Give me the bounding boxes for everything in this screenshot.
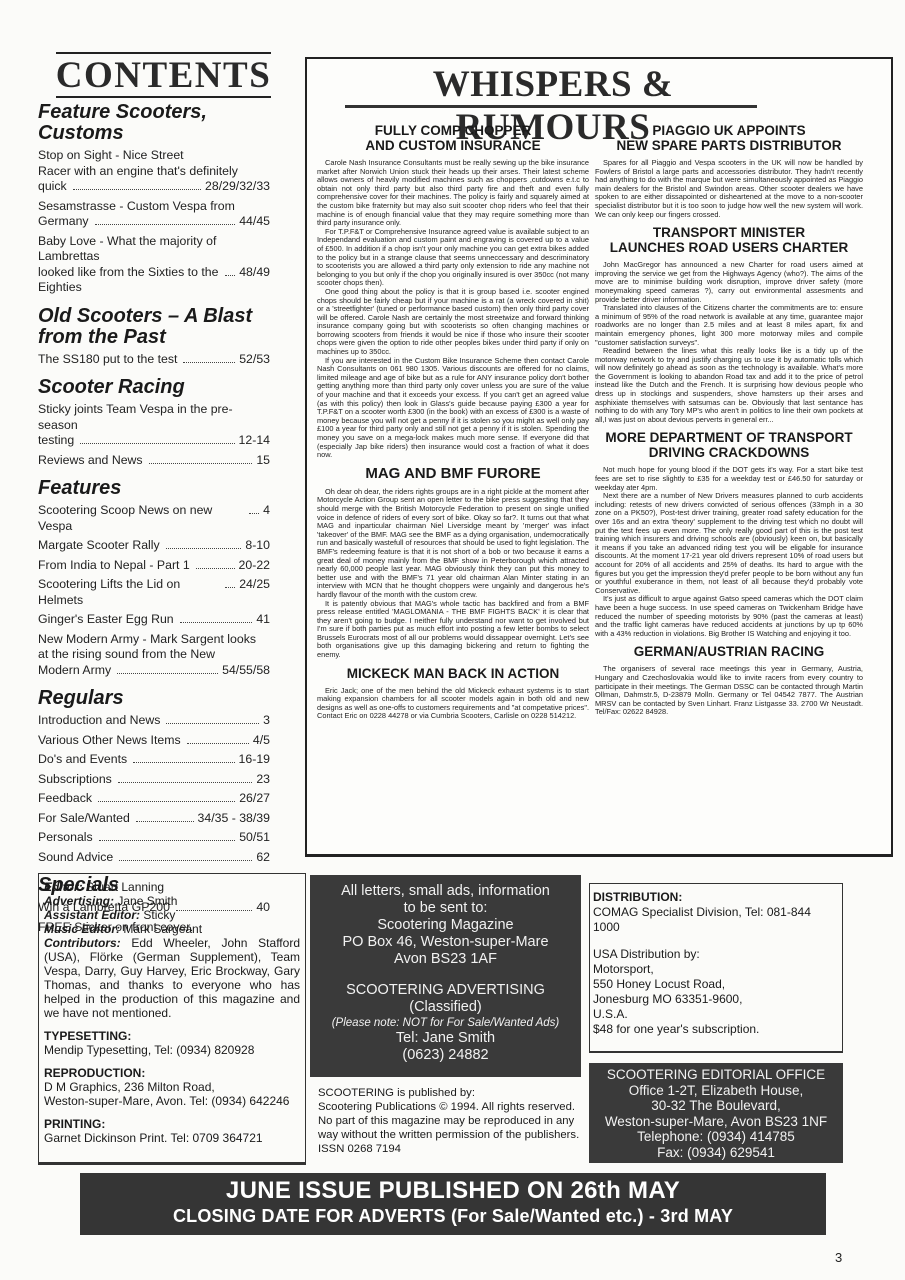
credit-name: Stuart Lanning <box>86 880 164 894</box>
publisher-notice: SCOOTERING is published by: Scootering P… <box>318 1086 584 1156</box>
article-headline: PIAGGIO UK APPOINTS NEW SPARE PARTS DIST… <box>595 123 863 153</box>
article-paragraph: Oh dear oh dear, the riders rights group… <box>317 488 589 600</box>
page-number: 3 <box>835 1250 842 1265</box>
toc-entry-title: The SS180 put to the test <box>38 352 177 368</box>
toc-entry-line: New Modern Army - Mark Sargent looks <box>38 632 270 648</box>
contents-column: CONTENTS Feature Scooters, CustomsStop o… <box>38 44 270 939</box>
toc-page-ref: 16-19 <box>239 752 270 768</box>
section-heading: Regulars <box>38 688 270 709</box>
dot-leader <box>149 463 253 464</box>
toc-entry[interactable]: Scootering Lifts the Lid on Helmets24/25 <box>38 577 270 608</box>
credit-role: Contributors: <box>44 936 121 950</box>
toc-entry-title: Reviews and News <box>38 453 143 469</box>
news-article: PIAGGIO UK APPOINTS NEW SPARE PARTS DIST… <box>595 123 863 219</box>
toc-entry[interactable]: Reviews and News15 <box>38 453 270 469</box>
dot-leader <box>133 762 234 763</box>
contents-title: CONTENTS <box>56 54 272 97</box>
mail-line: Scootering Magazine <box>310 917 581 934</box>
copyright-line: Scootering Publications © 1994. All righ… <box>318 1100 584 1114</box>
toc-entry-title: Ginger's Easter Egg Run <box>38 612 174 628</box>
advertising-note: (Please note: NOT for For Sale/Wanted Ad… <box>310 1016 581 1030</box>
toc-entry-title: From India to Nepal - Part 1 <box>38 558 190 574</box>
section-heading: Old Scooters – A Blast from the Past <box>38 306 270 348</box>
credit-name: Sticky <box>143 908 175 922</box>
toc-entry[interactable]: Personals50/51 <box>38 830 270 846</box>
dot-leader <box>187 743 249 744</box>
toc-page-ref: 8-10 <box>245 538 270 554</box>
advertising-contact: Tel: Jane Smith <box>310 1030 581 1047</box>
toc-entry-title: Scootering Scoop News on new Vespa <box>38 503 243 534</box>
news-article: TRANSPORT MINISTER LAUNCHES ROAD USERS C… <box>595 225 863 424</box>
article-paragraph: Spares for all Piaggio and Vespa scooter… <box>595 159 863 219</box>
office-line: Office 1-2T, Elizabeth House, <box>589 1083 843 1099</box>
toc-entry-line: Sesamstrasse - Custom Vespa from <box>38 199 270 215</box>
toc-entry-title: Germany <box>38 214 89 230</box>
usa-line: U.S.A. <box>593 1007 839 1022</box>
article-paragraph: Carole Nash Insurance Consultants must b… <box>317 159 589 228</box>
toc-entry-title: looked like from the Sixties to the Eigh… <box>38 265 219 296</box>
article-headline: GERMAN/AUSTRIAN RACING <box>595 644 863 659</box>
dot-leader <box>98 801 235 802</box>
office-line: Weston-super-Mare, Avon BS23 1NF <box>589 1114 843 1130</box>
reproduction-line: Weston-super-Mare, Avon. Tel: (0934) 642… <box>44 1094 300 1108</box>
credits-box: Editor: Stuart LanningAdvertising: Jane … <box>38 873 306 1165</box>
toc-entry-title: quick <box>38 179 67 195</box>
toc-page-ref: 3 <box>263 713 270 729</box>
toc-page-ref: 52/53 <box>239 352 270 368</box>
article-headline: MICKECK MAN BACK IN ACTION <box>317 666 589 681</box>
printing-line: Garnet Dickinson Print. Tel: 0709 364721 <box>44 1131 300 1145</box>
toc-entry[interactable]: Introduction and News3 <box>38 713 270 729</box>
toc-page-ref: 48/49 <box>239 265 270 281</box>
toc-entry[interactable]: Various Other News Items4/5 <box>38 733 270 749</box>
toc-entry-line: at the rising sound from the New <box>38 647 270 663</box>
typesetting-block: TYPESETTING: Mendip Typesetting, Tel: (0… <box>44 1029 300 1057</box>
dot-leader <box>166 723 259 724</box>
title-rule <box>345 105 757 108</box>
advertising-subtitle: (Classified) <box>310 999 581 1016</box>
article-headline: MAG AND BMF FURORE <box>317 466 589 482</box>
mail-line: Avon BS23 1AF <box>310 951 581 968</box>
toc-entry[interactable]: For Sale/Wanted34/35 - 38/39 <box>38 811 270 827</box>
issn-line: ISSN 0268 7194 <box>318 1142 584 1156</box>
contents-title-frame: CONTENTS <box>56 52 271 98</box>
dot-leader <box>118 782 252 783</box>
article-paragraph: John MacGregor has announced a new Chart… <box>595 261 863 304</box>
toc-entry-title: Feedback <box>38 791 92 807</box>
printing-block: PRINTING: Garnet Dickinson Print. Tel: 0… <box>44 1117 300 1145</box>
section-heading: Features <box>38 478 270 499</box>
toc-entry-title: Scootering Lifts the Lid on Helmets <box>38 577 219 608</box>
toc-entry-title: Modern Army <box>38 663 111 679</box>
distribution-heading: DISTRIBUTION: <box>593 890 839 905</box>
toc-entry-title: testing <box>38 433 74 449</box>
toc-page-ref: 26/27 <box>239 791 270 807</box>
article-paragraph: It is patently obvious that MAG's whole … <box>317 600 589 660</box>
staff-credits: Editor: Stuart LanningAdvertising: Jane … <box>44 880 300 1020</box>
toc-page-ref: 24/25 <box>239 577 270 593</box>
issue-date-banner: JUNE ISSUE PUBLISHED ON 26th MAY CLOSING… <box>80 1173 826 1235</box>
toc-page-ref: 12-14 <box>239 433 270 449</box>
toc-page-ref: 23 <box>256 772 270 788</box>
toc-entry-title: Subscriptions <box>38 772 112 788</box>
section-heading: Scooter Racing <box>38 377 270 398</box>
article-paragraph: Eric Jack; one of the men behind the old… <box>317 687 589 721</box>
credit-entry: Assistant Editor: Sticky <box>44 908 300 922</box>
toc-entry-title: Margate Scooter Rally <box>38 538 160 554</box>
toc-entry[interactable]: Do's and Events16-19 <box>38 752 270 768</box>
article-paragraph: Not much hope for young blood if the DOT… <box>595 466 863 492</box>
reproduction-heading: REPRODUCTION: <box>44 1066 300 1080</box>
toc-entry[interactable]: Ginger's Easter Egg Run41 <box>38 612 270 628</box>
credit-role: Advertising: <box>44 894 114 908</box>
distribution-uk: COMAG Specialist Division, Tel: 081-844 … <box>593 905 839 935</box>
toc-entry-line: Sticky joints Team Vespa in the pre-seas… <box>38 402 270 433</box>
news-article: MORE DEPARTMENT OF TRANSPORT DRIVING CRA… <box>595 430 863 638</box>
banner-publish-date: JUNE ISSUE PUBLISHED ON 26th MAY <box>80 1173 826 1205</box>
advertising-title: SCOOTERING ADVERTISING <box>310 982 581 999</box>
toc-entry[interactable]: Feedback26/27 <box>38 791 270 807</box>
dot-leader <box>95 224 236 225</box>
article-paragraph: Translated into clauses of the Citizens … <box>595 304 863 347</box>
article-paragraph: For T.P.F&T or Comprehensive Insurance a… <box>317 228 589 288</box>
mail-line: All letters, small ads, information <box>310 883 581 900</box>
dot-leader <box>225 587 235 588</box>
toc-entry[interactable]: Scootering Scoop News on new Vespa4 <box>38 503 270 534</box>
news-article: MAG AND BMF FUROREOh dear oh dear, the r… <box>317 466 589 660</box>
credit-role: Music Editor: <box>44 922 120 936</box>
banner-closing-date: CLOSING DATE FOR ADVERTS (For Sale/Wante… <box>80 1205 826 1227</box>
article-headline: FULLY COMP CHOPPER AND CUSTOM INSURANCE <box>317 123 589 153</box>
usa-line: 550 Honey Locust Road, <box>593 977 839 992</box>
toc-page-ref: 34/35 - 38/39 <box>198 811 270 827</box>
typesetting-line: Mendip Typesetting, Tel: (0934) 820928 <box>44 1043 300 1057</box>
article-paragraph: Next there are a number of New Drivers m… <box>595 492 863 595</box>
office-line: 30-32 The Boulevard, <box>589 1098 843 1114</box>
toc-entry[interactable]: Sticky joints Team Vespa in the pre-seas… <box>38 402 270 449</box>
office-line: SCOOTERING EDITORIAL OFFICE <box>589 1067 843 1083</box>
toc-entry-title: Do's and Events <box>38 752 127 768</box>
dot-leader <box>117 673 218 674</box>
dot-leader <box>166 548 242 549</box>
toc-entry[interactable]: Stop on Sight - Nice StreetRacer with an… <box>38 148 270 195</box>
news-article: FULLY COMP CHOPPER AND CUSTOM INSURANCEC… <box>317 123 589 460</box>
dot-leader <box>196 568 235 569</box>
dot-leader <box>225 275 235 276</box>
office-line: Fax: (0934) 629541 <box>589 1145 843 1161</box>
credit-role: Editor: <box>44 880 83 894</box>
toc-entry-line: Racer with an engine that's definitely <box>38 164 270 180</box>
office-line: Telephone: (0934) 414785 <box>589 1129 843 1145</box>
reproduction-block: REPRODUCTION: D M Graphics, 236 Milton R… <box>44 1066 300 1108</box>
whispers-left-column: FULLY COMP CHOPPER AND CUSTOM INSURANCEC… <box>317 119 589 727</box>
usa-line: USA Distribution by: <box>593 947 839 962</box>
section-heading: Feature Scooters, Customs <box>38 102 270 144</box>
distribution-box: DISTRIBUTION: COMAG Specialist Division,… <box>589 883 843 1053</box>
toc-page-ref: 4 <box>263 503 270 519</box>
credit-role: Assistant Editor: <box>44 908 140 922</box>
toc-page-ref: 4/5 <box>253 733 270 749</box>
credit-entry: Editor: Stuart Lanning <box>44 880 300 894</box>
toc-entry-line: Baby Love - What the majority of Lambret… <box>38 234 270 265</box>
dot-leader <box>249 513 259 514</box>
dot-leader <box>183 362 235 363</box>
dot-leader <box>180 622 253 623</box>
rights-line: No part of this magazine may be reproduc… <box>318 1114 584 1142</box>
mail-line: PO Box 46, Weston-super-Mare <box>310 934 581 951</box>
whispers-right-column: PIAGGIO UK APPOINTS NEW SPARE PARTS DIST… <box>595 119 863 723</box>
usa-line: $48 for one year's subscription. <box>593 1022 839 1037</box>
toc-page-ref: 54/55/58 <box>222 663 270 679</box>
typesetting-heading: TYPESETTING: <box>44 1029 300 1043</box>
editorial-office-box: SCOOTERING EDITORIAL OFFICE Office 1-2T,… <box>589 1063 843 1163</box>
toc-entry-title: Various Other News Items <box>38 733 181 749</box>
toc-page-ref: 28/29/32/33 <box>205 179 270 195</box>
article-paragraph: One good thing about the policy is that … <box>317 288 589 357</box>
usa-line: Jonesburg MO 63351-9600, <box>593 992 839 1007</box>
credit-name: Mark Sargeant <box>123 922 202 936</box>
dot-leader <box>119 860 252 861</box>
toc-entry[interactable]: New Modern Army - Mark Sargent looksat t… <box>38 632 270 679</box>
toc-entry[interactable]: Baby Love - What the majority of Lambret… <box>38 234 270 296</box>
toc-entry[interactable]: The SS180 put to the test52/53 <box>38 352 270 368</box>
printing-heading: PRINTING: <box>44 1117 300 1131</box>
advertising-phone: (0623) 24882 <box>310 1047 581 1064</box>
mail-line: to be sent to: <box>310 900 581 917</box>
credit-entry: Contributors: Edd Wheeler, John Stafford… <box>44 936 300 1020</box>
dot-leader <box>80 443 234 444</box>
dot-leader <box>73 189 201 190</box>
article-paragraph: It's just as difficult to argue against … <box>595 595 863 638</box>
contact-address-box: All letters, small ads, information to b… <box>310 875 581 1077</box>
toc-entry-title: For Sale/Wanted <box>38 811 130 827</box>
news-article: MICKECK MAN BACK IN ACTIONEric Jack; one… <box>317 666 589 721</box>
toc-page-ref: 15 <box>256 453 270 469</box>
article-headline: TRANSPORT MINISTER LAUNCHES ROAD USERS C… <box>595 225 863 255</box>
toc-entry-title: Personals <box>38 830 93 846</box>
article-headline: MORE DEPARTMENT OF TRANSPORT DRIVING CRA… <box>595 430 863 460</box>
toc-entry[interactable]: Subscriptions23 <box>38 772 270 788</box>
credit-entry: Advertising: Jane Smith <box>44 894 300 908</box>
article-paragraph: Readind between the lines what this real… <box>595 347 863 424</box>
toc-entry-title: Sound Advice <box>38 850 113 866</box>
toc-entry-line: Stop on Sight - Nice Street <box>38 148 270 164</box>
toc-entry[interactable]: Sesamstrasse - Custom Vespa fromGermany4… <box>38 199 270 230</box>
credit-entry: Music Editor: Mark Sargeant <box>44 922 300 936</box>
toc-page-ref: 44/45 <box>239 214 270 230</box>
usa-line: Motorsport, <box>593 962 839 977</box>
toc-entry[interactable]: Sound Advice62 <box>38 850 270 866</box>
toc-entry[interactable]: From India to Nepal - Part 120-22 <box>38 558 270 574</box>
toc-page-ref: 50/51 <box>239 830 270 846</box>
publisher-line: SCOOTERING is published by: <box>318 1086 584 1100</box>
table-of-contents: Feature Scooters, CustomsStop on Sight -… <box>38 102 270 935</box>
dot-leader <box>99 840 236 841</box>
toc-page-ref: 62 <box>256 850 270 866</box>
toc-page-ref: 41 <box>256 612 270 628</box>
toc-entry-title: Introduction and News <box>38 713 160 729</box>
whispers-rumours-box: WHISPERS & RUMOURS FULLY COMP CHOPPER AN… <box>305 57 893 857</box>
article-paragraph: The organisers of several race meetings … <box>595 665 863 717</box>
toc-page-ref: 20-22 <box>239 558 270 574</box>
toc-entry[interactable]: Margate Scooter Rally8-10 <box>38 538 270 554</box>
reproduction-line: D M Graphics, 236 Milton Road, <box>44 1080 300 1094</box>
news-article: GERMAN/AUSTRIAN RACINGThe organisers of … <box>595 644 863 717</box>
article-paragraph: If you are interested in the Custom Bike… <box>317 357 589 460</box>
credit-name: Jane Smith <box>117 894 177 908</box>
dot-leader <box>136 821 194 822</box>
